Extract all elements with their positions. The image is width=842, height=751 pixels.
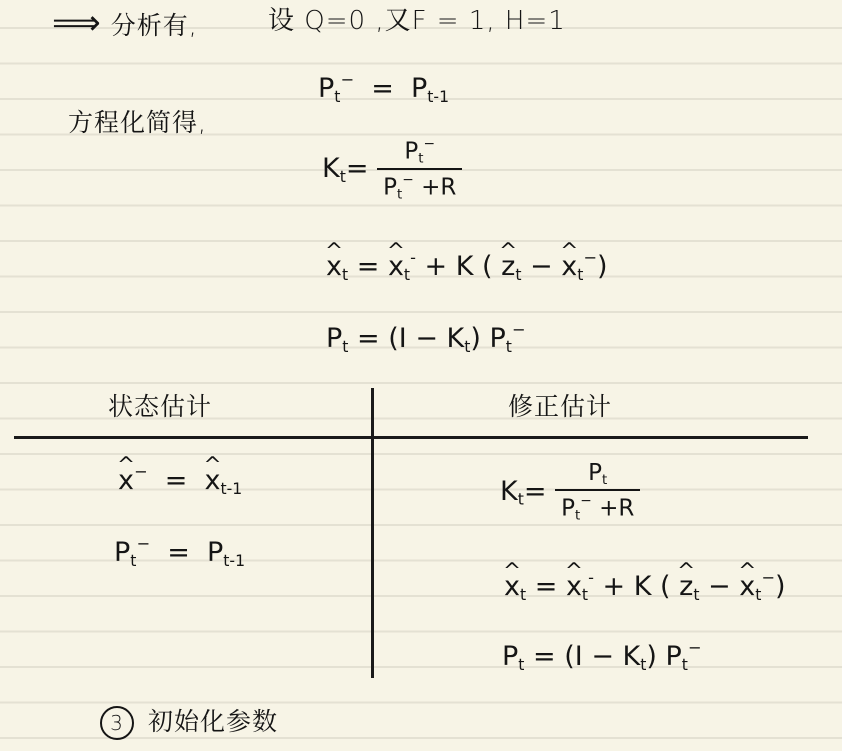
subscript: t <box>693 585 699 604</box>
symbol: K <box>322 153 340 184</box>
circled-number-icon: 3 <box>100 706 134 740</box>
subscript: t-1 <box>427 87 449 106</box>
subscript: t <box>506 337 512 356</box>
symbol: P <box>404 138 418 164</box>
subscript: t <box>582 585 588 604</box>
equation-prior-covariance: Pt− = Pt-1 <box>318 72 449 104</box>
superscript: − <box>340 70 354 89</box>
symbol-hat: x <box>388 253 404 280</box>
symbol: P <box>502 641 518 672</box>
subscript: t <box>518 655 524 674</box>
symbol-hat: x <box>504 573 520 600</box>
symbol: P <box>588 460 602 486</box>
intro-text: 分析有, <box>111 11 198 40</box>
symbol-hat: x <box>205 467 221 494</box>
denominator: Pt− +R <box>377 170 462 202</box>
step-label: 初始化参数 <box>148 707 278 736</box>
symbol-hat: x <box>326 253 342 280</box>
fraction: Pt− Pt− +R <box>377 138 462 201</box>
equation-kalman-gain: Kt= Pt− Pt− +R <box>322 138 462 201</box>
superscript: − <box>423 136 435 152</box>
operator: + K ( <box>425 251 493 282</box>
subscript: t <box>515 265 521 284</box>
subscript: t <box>342 265 348 284</box>
symbol: P <box>114 537 130 568</box>
table-horizontal-divider <box>14 436 808 439</box>
expression: = (I − K <box>533 641 640 672</box>
paren: ) <box>775 571 786 602</box>
table-header-state-estimate: 状态估计 <box>108 394 212 419</box>
superscript: − <box>761 568 775 587</box>
subscript: t-1 <box>223 551 245 570</box>
symbol-hat: z <box>679 573 693 600</box>
symbol-hat: x <box>118 467 134 494</box>
paren: ) <box>597 251 608 282</box>
operator: + K ( <box>603 571 671 602</box>
superscript: − <box>134 462 148 481</box>
equals-sign: = <box>524 476 547 507</box>
symbol: K <box>500 476 518 507</box>
fraction: Pt Pt− +R <box>555 462 640 523</box>
denominator-tail: +R <box>599 496 634 522</box>
symbol: P <box>326 323 342 354</box>
symbol: P <box>411 73 427 104</box>
table-right-row-state-update: xt = xt- + K ( zt − xt−) <box>504 570 786 602</box>
subscript: t <box>520 585 526 604</box>
subscript: t <box>334 87 340 106</box>
subscript: t <box>577 265 583 284</box>
numerator: Pt− <box>394 138 445 168</box>
superscript: − <box>402 172 414 188</box>
step-heading: 3初始化参数 <box>100 706 278 740</box>
table-vertical-divider <box>371 388 374 678</box>
symbol-hat: z <box>501 253 515 280</box>
header-line: ⟹ 分析有, <box>52 6 198 40</box>
table-left-row-covariance-prediction: Pt− = Pt-1 <box>114 536 245 568</box>
denominator: Pt− +R <box>555 491 640 523</box>
subscript: t <box>602 473 607 488</box>
symbol: P <box>561 496 575 522</box>
symbol-hat: x <box>561 253 577 280</box>
expression: = (I − K <box>357 323 464 354</box>
equals-sign: = <box>357 251 380 282</box>
superscript: - <box>410 248 416 267</box>
equals-sign: = <box>346 153 369 184</box>
expression: ) P <box>646 641 681 672</box>
symbol: P <box>318 73 334 104</box>
subscript: t <box>342 337 348 356</box>
table-right-row-kalman-gain: Kt= Pt Pt− +R <box>500 462 640 523</box>
superscript: − <box>580 493 592 509</box>
operator: − <box>530 251 553 282</box>
equals-sign: = <box>167 537 190 568</box>
equation-covariance-update: Pt = (I − Kt) Pt− <box>326 322 526 354</box>
subscript: t <box>418 151 423 166</box>
symbol: P <box>207 537 223 568</box>
numerator: Pt <box>578 462 617 489</box>
symbol-hat: x <box>739 573 755 600</box>
assumption-text: 设 Q=0 ,又F = 1, H=1 <box>268 8 566 34</box>
table-header-corrected-estimate: 修正估计 <box>508 394 612 419</box>
equals-sign: = <box>165 465 188 496</box>
subscript: t <box>575 509 580 524</box>
superscript: − <box>688 638 702 657</box>
denominator-tail: +R <box>421 174 456 200</box>
subscript: t <box>755 585 761 604</box>
operator: − <box>708 571 731 602</box>
implies-arrow-icon: ⟹ <box>52 3 102 43</box>
symbol-hat: x <box>566 573 582 600</box>
equation-state-update: xt = xt- + K ( zt − xt−) <box>326 250 608 282</box>
subscript: t-1 <box>221 479 243 498</box>
expression: ) P <box>470 323 505 354</box>
equals-sign: = <box>371 73 394 104</box>
simplify-label: 方程化简得, <box>68 110 207 135</box>
subscript: t <box>404 265 410 284</box>
symbol: P <box>383 174 397 200</box>
equals-sign: = <box>535 571 558 602</box>
table-right-row-covariance-update: Pt = (I − Kt) Pt− <box>502 640 702 672</box>
superscript: - <box>588 568 594 587</box>
subscript: t <box>130 551 136 570</box>
superscript: − <box>583 248 597 267</box>
superscript: − <box>136 534 150 553</box>
superscript: − <box>512 320 526 339</box>
table-left-row-state-prediction: x− = xt-1 <box>118 464 242 496</box>
subscript: t <box>397 187 402 202</box>
subscript: t <box>682 655 688 674</box>
